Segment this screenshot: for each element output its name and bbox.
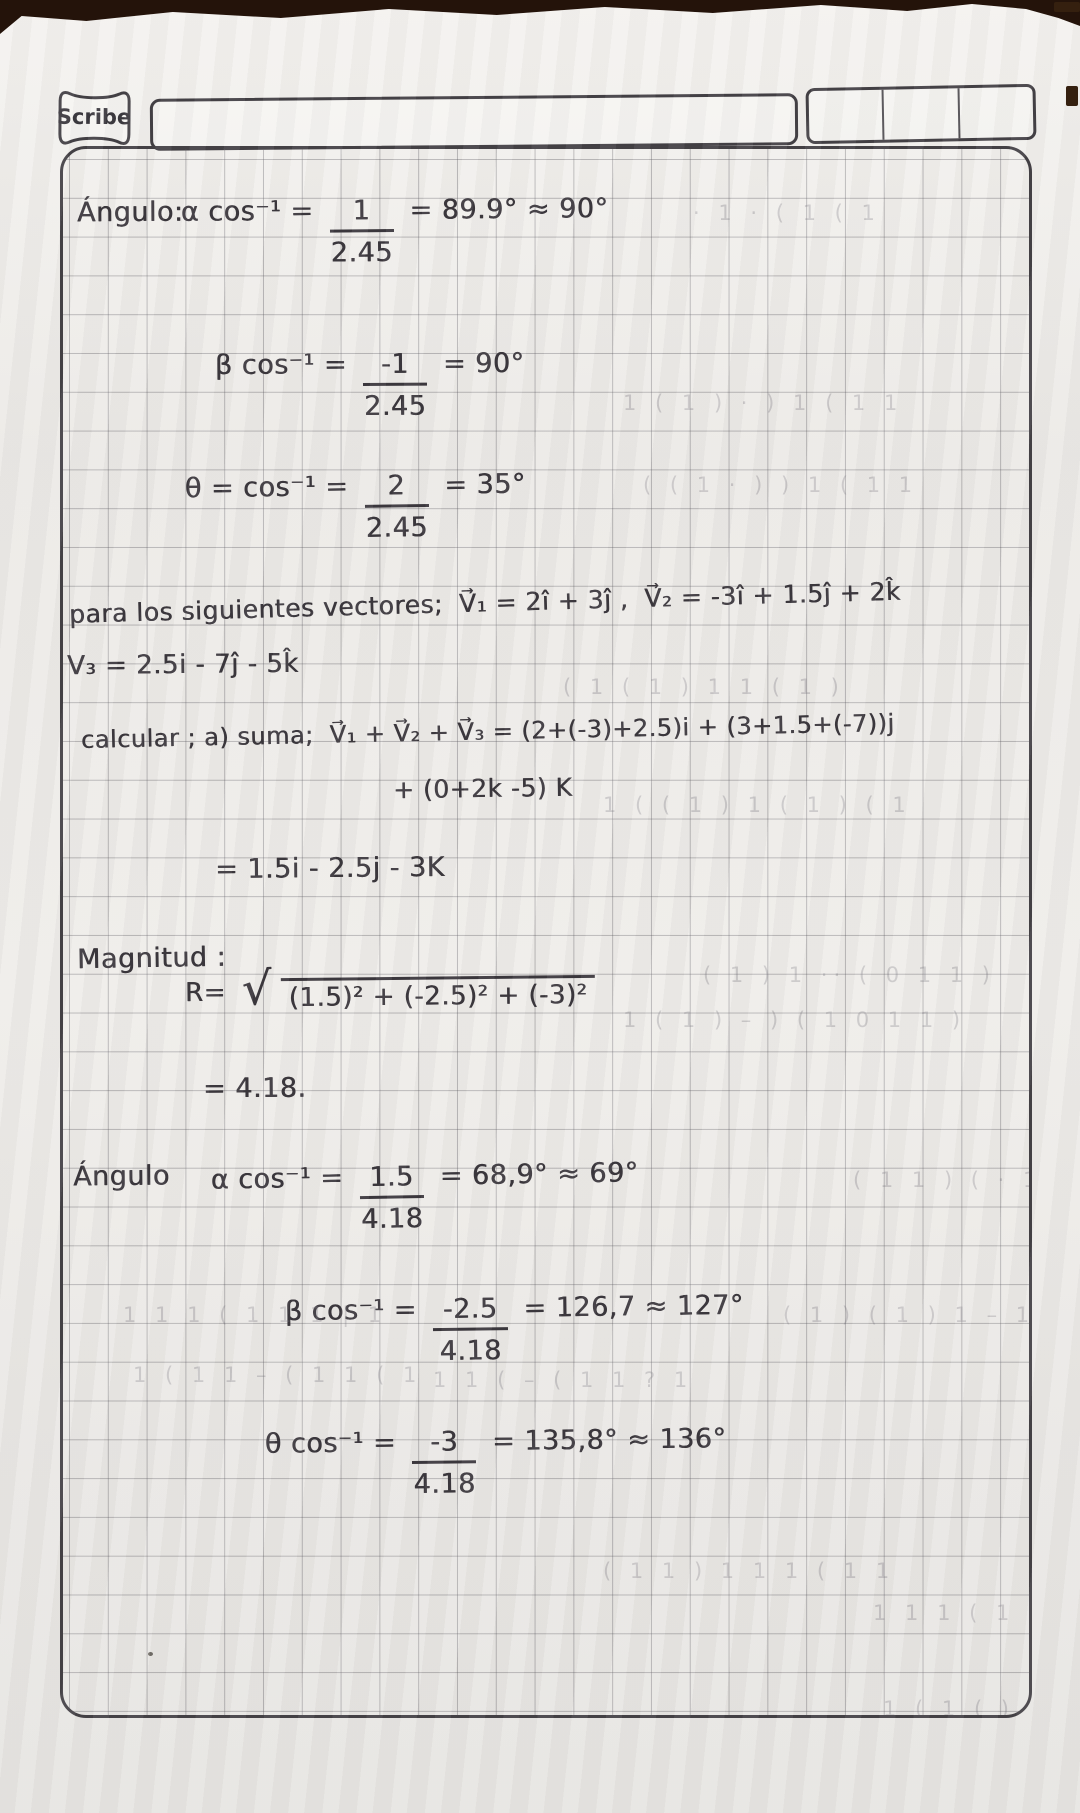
fraction-numerator: -3 [412, 1426, 476, 1464]
faint-erased-marks: 1 1 1 ( 1 [873, 1601, 1015, 1625]
magnitude-equation: R= √ (1.5)² + (-2.5)² + (-3)² [185, 975, 596, 1015]
fraction: 1.5 4.18 [359, 1161, 425, 1235]
faint-erased-marks: 1 1 1 ( 1 1 1 | 1 [123, 1303, 387, 1327]
faint-erased-marks: ( 1 1 ) 1 1 1 ( 1 1 [603, 1559, 895, 1583]
eq-lhs: θ cos⁻¹ = [265, 1427, 397, 1460]
fraction-denominator: 4.18 [361, 1198, 424, 1235]
fraction-numerator: 1.5 [359, 1161, 424, 1199]
fraction-denominator: 2.45 [365, 507, 428, 544]
vector-v2: V⃗₂ = -3î + 1.5ĵ + 2k̂ [644, 578, 901, 614]
section-label-angulo-2: Ángulo [73, 1160, 170, 1192]
scribe-logo-text: Scribe [50, 105, 138, 130]
vectors-intro: para los siguientes vectores; [69, 591, 444, 630]
fraction: -3 4.18 [412, 1426, 477, 1500]
photo-edge-mark [1054, 2, 1080, 12]
faint-erased-marks: ( 1 ) ( 1 ) 1 – 1 0 1 2 ) [783, 1303, 1032, 1327]
drawn-button-3 [957, 87, 1033, 138]
vector-v1: V⃗₁ = 2î + 3ĵ , [458, 585, 628, 618]
magnitude-label: Magnitud : [77, 942, 227, 976]
equation-theta-1: θ = cos⁻¹ = 2 2.45 = 35° [185, 469, 527, 547]
eq-lhs: α cos⁻¹ = [210, 1162, 343, 1195]
fraction-numerator: 1 [329, 195, 393, 233]
faint-erased-marks: 1 ( 1 ) · ) 1 ( 1 1 [623, 391, 903, 415]
fraction-denominator: 2.45 [331, 232, 393, 269]
eq-rhs: = 90° [443, 348, 525, 380]
magnitude-lhs: R= [185, 979, 226, 1009]
faint-erased-marks: ( 1 1 ) ( · 1 1 [853, 1168, 1032, 1192]
faint-erased-marks: 1 ( 1 ( ) 1 ) [883, 1697, 1032, 1718]
fraction-denominator: 4.18 [413, 1463, 476, 1500]
faint-erased-marks: ( ( 1 · ) ) 1 ( 1 1 [643, 473, 918, 497]
sum-expression: V⃗₁ + V⃗₂ + V⃗₃ = (2+(-3)+2.5)i + (3+1.5… [329, 710, 894, 749]
sum-label: calcular ; a) suma; [81, 722, 314, 754]
drawn-button-2 [882, 88, 958, 139]
fraction-numerator: 2 [364, 470, 429, 508]
equation-beta-1: β cos⁻¹ = -1 2.45 = 90° [215, 348, 525, 423]
graph-paper-sheet: Ángulo: α cos⁻¹ = 1 2.45 = 89.9° ≈ 90° β… [60, 146, 1032, 1718]
vector-v3: V₃ = 2.5i - 7ĵ - 5k̂ [67, 650, 299, 682]
photo-edge-mark [1066, 86, 1078, 106]
eq-rhs: = 89.9° ≈ 90° [409, 193, 608, 226]
sum-equation-line2: + (0+2k -5) K [393, 774, 573, 805]
square-root-icon: √ [242, 974, 272, 1002]
fraction-numerator: -1 [363, 349, 427, 386]
faint-erased-marks: 1 1 ( – ( 1 1 ? 1 [433, 1368, 693, 1392]
faint-erased-marks: 1 ( 1 ) – ) ( 1 0 1 1 ) [623, 1008, 966, 1032]
sum-equation-line1: calcular ; a) suma; V⃗₁ + V⃗₂ + V⃗₃ = (2… [81, 710, 895, 755]
sum-result: = 1.5i - 2.5j - 3K [215, 852, 445, 885]
vectors-definition-line: para los siguientes vectores; V⃗₁ = 2î +… [69, 578, 902, 630]
equation-theta-2: θ cos⁻¹ = -3 4.18 = 135,8° ≈ 136° [265, 1423, 728, 1502]
faint-erased-marks: ( 1 ) 1 ·· ( 0 1 1 ) [703, 963, 996, 987]
fraction-denominator: 4.18 [439, 1330, 502, 1367]
notebook-paper-photo: Scribe Ángulo: α cos⁻¹ = 1 2.45 = 89.9° … [0, 0, 1080, 1813]
fraction-numerator: -2.5 [433, 1293, 508, 1331]
drawn-button-group [805, 84, 1036, 144]
fraction: 1 2.45 [329, 195, 394, 269]
faint-erased-marks: · 1 · ( 1 ( 1 [693, 201, 881, 225]
eq-rhs: = 68,9° ≈ 69° [439, 1157, 638, 1192]
drawn-button-1 [809, 90, 883, 141]
section-label-angulo: Ángulo: [77, 197, 184, 229]
eq-lhs: α cos⁻¹ = [181, 196, 314, 228]
scribe-logo-badge: Scribe [50, 88, 140, 151]
eq-lhs: θ = cos⁻¹ = [185, 471, 349, 504]
fraction: -1 2.45 [363, 349, 428, 423]
equation-alpha-2: α cos⁻¹ = 1.5 4.18 = 68,9° ≈ 69° [210, 1157, 639, 1238]
eq-rhs: = 135,8° ≈ 136° [492, 1423, 727, 1457]
pencil-speck [148, 1652, 153, 1656]
fraction: 2 2.45 [364, 470, 429, 544]
faint-erased-marks: 1 ( ( 1 ) 1 ( 1 ) ( 1 [603, 793, 912, 817]
eq-rhs: = 126,7 ≈ 127° [523, 1290, 744, 1324]
drawn-input-bar [150, 93, 798, 151]
fraction-denominator: 2.45 [364, 386, 426, 422]
equation-alpha-1: α cos⁻¹ = 1 2.45 = 89.9° ≈ 90° [181, 193, 609, 270]
magnitude-radicand: (1.5)² + (-2.5)² + (-3)² [280, 975, 595, 1014]
equation-beta-2: β cos⁻¹ = -2.5 4.18 = 126,7 ≈ 127° [285, 1290, 745, 1369]
eq-rhs: = 35° [444, 469, 526, 501]
eq-lhs: β cos⁻¹ = [215, 349, 347, 381]
faint-erased-marks: ( 1 ( 1 ) 1 1 ( 1 ) [563, 675, 845, 699]
magnitude-result: = 4.18. [203, 1073, 307, 1105]
faint-erased-marks: 1 ( 1 1 – ( 1 1 ( 1 [133, 1363, 422, 1387]
fraction: -2.5 4.18 [433, 1293, 509, 1367]
